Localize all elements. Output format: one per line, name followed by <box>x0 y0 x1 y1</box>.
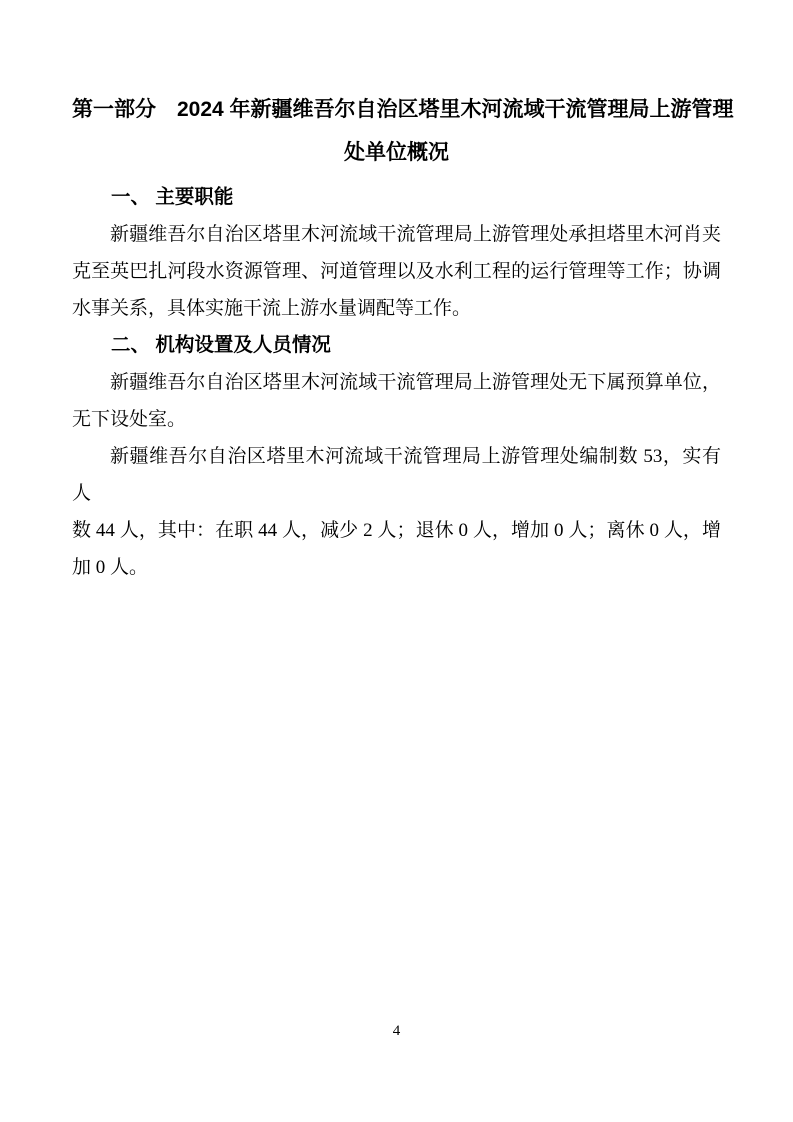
section-heading-organization-staff: 二、 机构设置及人员情况 <box>72 327 721 364</box>
document-page: 第一部分 2024 年新疆维吾尔自治区塔里木河流域干流管理局上游管理 处单位概况… <box>0 0 793 1122</box>
document-title: 第一部分 2024 年新疆维吾尔自治区塔里木河流域干流管理局上游管理 处单位概况 <box>72 88 721 174</box>
page-number: 4 <box>0 1021 793 1041</box>
title-line-2: 处单位概况 <box>72 131 721 174</box>
text-line: 新疆维吾尔自治区塔里木河流域干流管理局上游管理处无下属预算单位， <box>72 364 721 401</box>
paragraph-organization: 新疆维吾尔自治区塔里木河流域干流管理局上游管理处无下属预算单位， 无下设处室。 <box>72 364 721 438</box>
paragraph-staffing-numbers: 新疆维吾尔自治区塔里木河流域干流管理局上游管理处编制数 53，实有人 数 44 … <box>72 438 721 586</box>
text-line: 无下设处室。 <box>72 401 721 438</box>
text-line: 新疆维吾尔自治区塔里木河流域干流管理局上游管理处承担塔里木河肖夹 <box>72 216 721 253</box>
text-line: 水事关系，具体实施干流上游水量调配等工作。 <box>72 290 721 327</box>
text-line: 数 44 人，其中：在职 44 人，减少 2 人；退休 0 人，增加 0 人；离… <box>72 512 721 549</box>
text-line: 加 0 人。 <box>72 549 721 586</box>
title-line-1: 第一部分 2024 年新疆维吾尔自治区塔里木河流域干流管理局上游管理 <box>72 88 721 131</box>
paragraph-functions: 新疆维吾尔自治区塔里木河流域干流管理局上游管理处承担塔里木河肖夹 克至英巴扎河段… <box>72 216 721 327</box>
text-line: 克至英巴扎河段水资源管理、河道管理以及水利工程的运行管理等工作；协调 <box>72 253 721 290</box>
text-line: 新疆维吾尔自治区塔里木河流域干流管理局上游管理处编制数 53，实有人 <box>72 438 721 512</box>
section-heading-main-functions: 一、 主要职能 <box>72 179 721 216</box>
